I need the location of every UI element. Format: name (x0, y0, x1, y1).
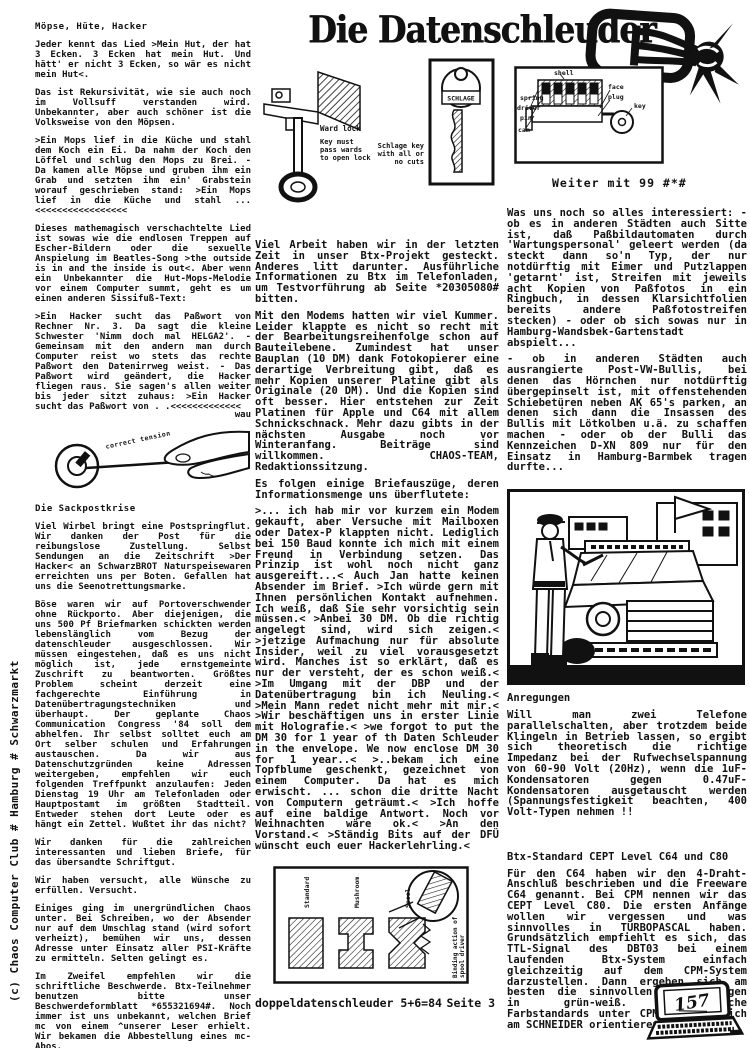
pin-lock-label-driver: driver (517, 105, 540, 112)
right-column: Was uns noch so alles interessiert: - ob… (507, 208, 747, 1037)
masthead-title: Die Datenschleuder (308, 8, 598, 52)
copyright-credit: (c) Chaos Computer Club # Hamburg # Schw… (8, 660, 21, 1002)
ward-lock-label: Ward lock (320, 125, 361, 134)
left-column: Möpse, Hüte, Hacker Jeder kennt das Lied… (35, 22, 251, 1048)
pin-lock-drawing (514, 66, 664, 164)
paragraph: Das ist Rekursivität, wie sie auch noch … (35, 88, 251, 128)
pin-lock-label-key: key (634, 103, 646, 110)
footer-issue: doppeldatenschleuder 5+6=84 (255, 996, 442, 1010)
pin-lock-label-spring: spring (520, 95, 543, 102)
paragraph: Jeder kennt das Lied >Mein Hut, der hat … (35, 40, 251, 80)
computer-page-number-figure: 157 (639, 977, 748, 1046)
section-title-btx: Btx-Standard CEPT Level C64 und C80 (507, 852, 747, 863)
paragraph: Im Zweifel empfehlen wir die schriftlich… (35, 972, 251, 1048)
tension-wrench-figure: correct tension (35, 428, 251, 500)
police-car-figure (507, 489, 747, 685)
pin-types-caption: Binding action of spool driver (452, 916, 466, 978)
magazine-page: Die Datenschleuder (0, 0, 750, 1050)
pin-lock-figure: shell spring driver pin cam face plug ke… (514, 66, 666, 166)
paragraph: Einiges ging im unergründlichen Chaos un… (35, 904, 251, 964)
paragraph: Es folgen einige Briefauszüge, deren Inf… (255, 479, 499, 501)
paragraph: Viel Wirbel bringt eine Postspringflut. … (35, 522, 251, 592)
page-footer: doppeldatenschleuder 5+6=84 Seite 3 (255, 996, 495, 1010)
paragraph: Böse waren wir auf Portoverschwender ohn… (35, 600, 251, 830)
paragraph: Will man zwei Telefone parallelschalten,… (507, 710, 747, 818)
computer-icon: 157 (639, 977, 748, 1046)
footer-page-number: Seite 3 (447, 996, 495, 1010)
schlage-brand-label: SCHLAGE (447, 95, 474, 103)
pin-type-label-mushroom: Mushroom (353, 877, 361, 908)
pin-type-label-spool: Spool (404, 888, 412, 908)
paragraph: >Ein Hacker sucht das Paßwort von Rechne… (35, 312, 251, 412)
middle-column: Viel Arbeit haben wir in der letzten Zei… (255, 240, 499, 984)
ward-lock-caption: Key must pass wards to open lock (320, 138, 374, 162)
pin-lock-label-shell: shell (554, 70, 574, 77)
pin-lock-label-face: face (608, 84, 624, 91)
pin-lock-label-plug: plug (608, 94, 624, 101)
pin-lock-label-cam: cam (518, 127, 530, 134)
paragraph: Mit den Modems hatten wir viel Kummer. L… (255, 311, 499, 473)
section-title-sackpostkrise: Die Sackpostkrise (35, 504, 251, 514)
section-title-anregungen: Anregungen (507, 693, 747, 704)
police-car-drawing (507, 489, 745, 685)
pin-lock-label-pin: pin (520, 115, 532, 122)
schlage-key-figure: SCHLAGE Schlage key with all or no cuts (374, 58, 496, 190)
paragraph: Wir haben versucht, alle Wünsche zu erfü… (35, 876, 251, 896)
pin-type-label-standard: Standard (303, 877, 311, 908)
article-title: Möpse, Hüte, Hacker (35, 22, 251, 32)
continue-note: Weiter mit 99 #*# (552, 176, 687, 190)
paragraph: Wir danken für die zahlreichen interessa… (35, 838, 251, 868)
schlage-key-drawing: SCHLAGE (374, 58, 496, 188)
paragraph: - ob in anderen Städten auch ausrangiert… (507, 354, 747, 473)
paragraph: Viel Arbeit haben wir in der letzten Zei… (255, 240, 499, 305)
ward-lock-figure: Ward lock Key must pass wards to open lo… (258, 68, 378, 210)
paragraph: Was uns noch so alles interessiert: - ob… (507, 208, 747, 348)
paragraph: >... ich hab mir vor kurzem ein Modem ge… (255, 506, 499, 852)
paragraph: >Ein Mops lief in die Küche und stahl de… (35, 136, 251, 216)
schlage-key-caption: Schlage key with all or no cuts (374, 142, 424, 166)
paragraph: Dieses mathemagisch verschachtelte Lied … (35, 224, 251, 304)
